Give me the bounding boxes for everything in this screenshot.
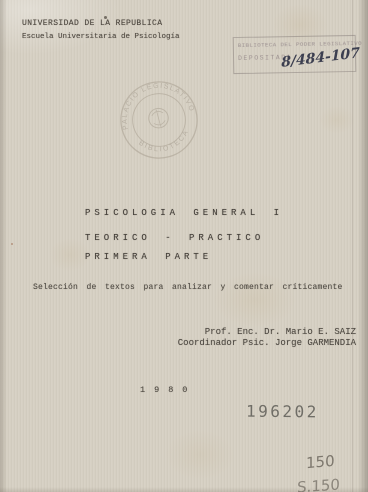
paper-speck [104,16,107,19]
accession-number-stamp: 196202 [246,402,319,422]
institution-header: UNIVERSIDAD DE LA REPUBLICA Escuela Univ… [22,19,180,41]
title-line-1: PSICOLOGIA GENERAL I [85,208,283,218]
coordinator-line: Coordinador Psic. Jorge GARMENDIA [178,338,356,349]
university-name: UNIVERSIDAD DE LA REPUBLICA [22,19,180,28]
scan-edge-shadow-left [0,0,7,492]
scanned-document-page: UNIVERSIDAD DE LA REPUBLICA Escuela Univ… [0,0,368,492]
credits-block: Prof. Enc. Dr. Mario E. SAIZ Coordinador… [178,327,356,349]
scan-edge-shadow-right [358,0,368,492]
paper-crease [352,0,353,492]
palacio-legislativo-seal-icon: PALACIO LEGISLATIVO BIBLIOTECA [109,70,209,170]
school-name: Escuela Universitaria de Psicología [22,33,180,41]
subtitle-text: Selección de textos para analizar y come… [33,283,343,292]
paper-speck [11,243,13,245]
professor-line: Prof. Enc. Dr. Mario E. SAIZ [178,327,356,338]
year-text: 1980 [140,385,196,395]
pencil-note-1: 150 [306,452,335,473]
title-line-3: PRIMERA PARTE [85,252,212,262]
title-line-2: TEORICO - PRACTICO [85,233,264,243]
scan-edge-shadow-bottom [0,487,368,492]
seal-bottom-text: BIBLIOTECA [136,127,194,160]
svg-text:BIBLIOTECA: BIBLIOTECA [136,127,194,160]
